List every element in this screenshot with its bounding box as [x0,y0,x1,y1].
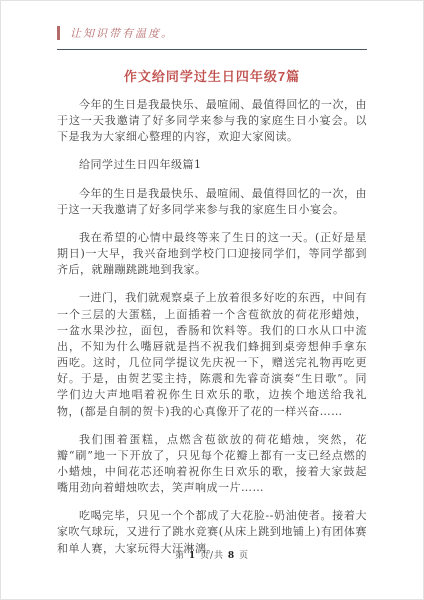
paragraph: 我们围着蛋糕，点燃含苞欲放的荷花蜡烛，突然，花瓣“刷”地一下开放了，只见每个花瓣… [57,432,367,497]
document-page: 让知识带有温度。 作文给同学过生日四年级7篇 今年的生日是我最快乐、最喧闹、最值… [0,0,424,600]
footer-label-ye: 页 [239,551,249,561]
footer-label-mid: 页/共 [200,551,224,561]
footer-total-pages: 8 [228,551,235,561]
paragraph: 今年的生日是我最快乐、最喧闹、最值得回忆的一次，由于这一天我邀请了好多同学来参与… [57,186,367,218]
footer-label-di: 第 [175,551,185,561]
page-header: 让知识带有温度。 [1,1,423,50]
paragraph: 我在希望的心情中最终等来了生日的这一天。(正好是星期日)一大早，我兴奋地到学校门… [57,230,367,278]
site-tagline: 让知识带有温度。 [70,25,174,41]
header-tagline-row: 让知识带有温度。 [57,25,367,41]
paragraph: 给同学过生日四年级篇1 [57,157,367,173]
tagline-accent-bar [57,26,60,40]
footer-current-page: 1 [189,551,196,561]
page-footer: 第 1 页/共 8 页 [1,548,423,561]
paragraph: 一进门，我们就观察桌子上放着很多好吃的东西，中间有一个三层的大蛋糕，上面插着一个… [57,290,367,419]
document-body: 今年的生日是我最快乐、最喧闹、最值得回忆的一次，由于这一天我邀请了好多同学来参与… [1,97,423,557]
paragraph: 今年的生日是我最快乐、最喧闹、最值得回忆的一次，由于这一天我邀请了好多同学来参与… [57,97,367,145]
header-divider [57,49,367,50]
document-title: 作文给同学过生日四年级7篇 [1,66,423,85]
